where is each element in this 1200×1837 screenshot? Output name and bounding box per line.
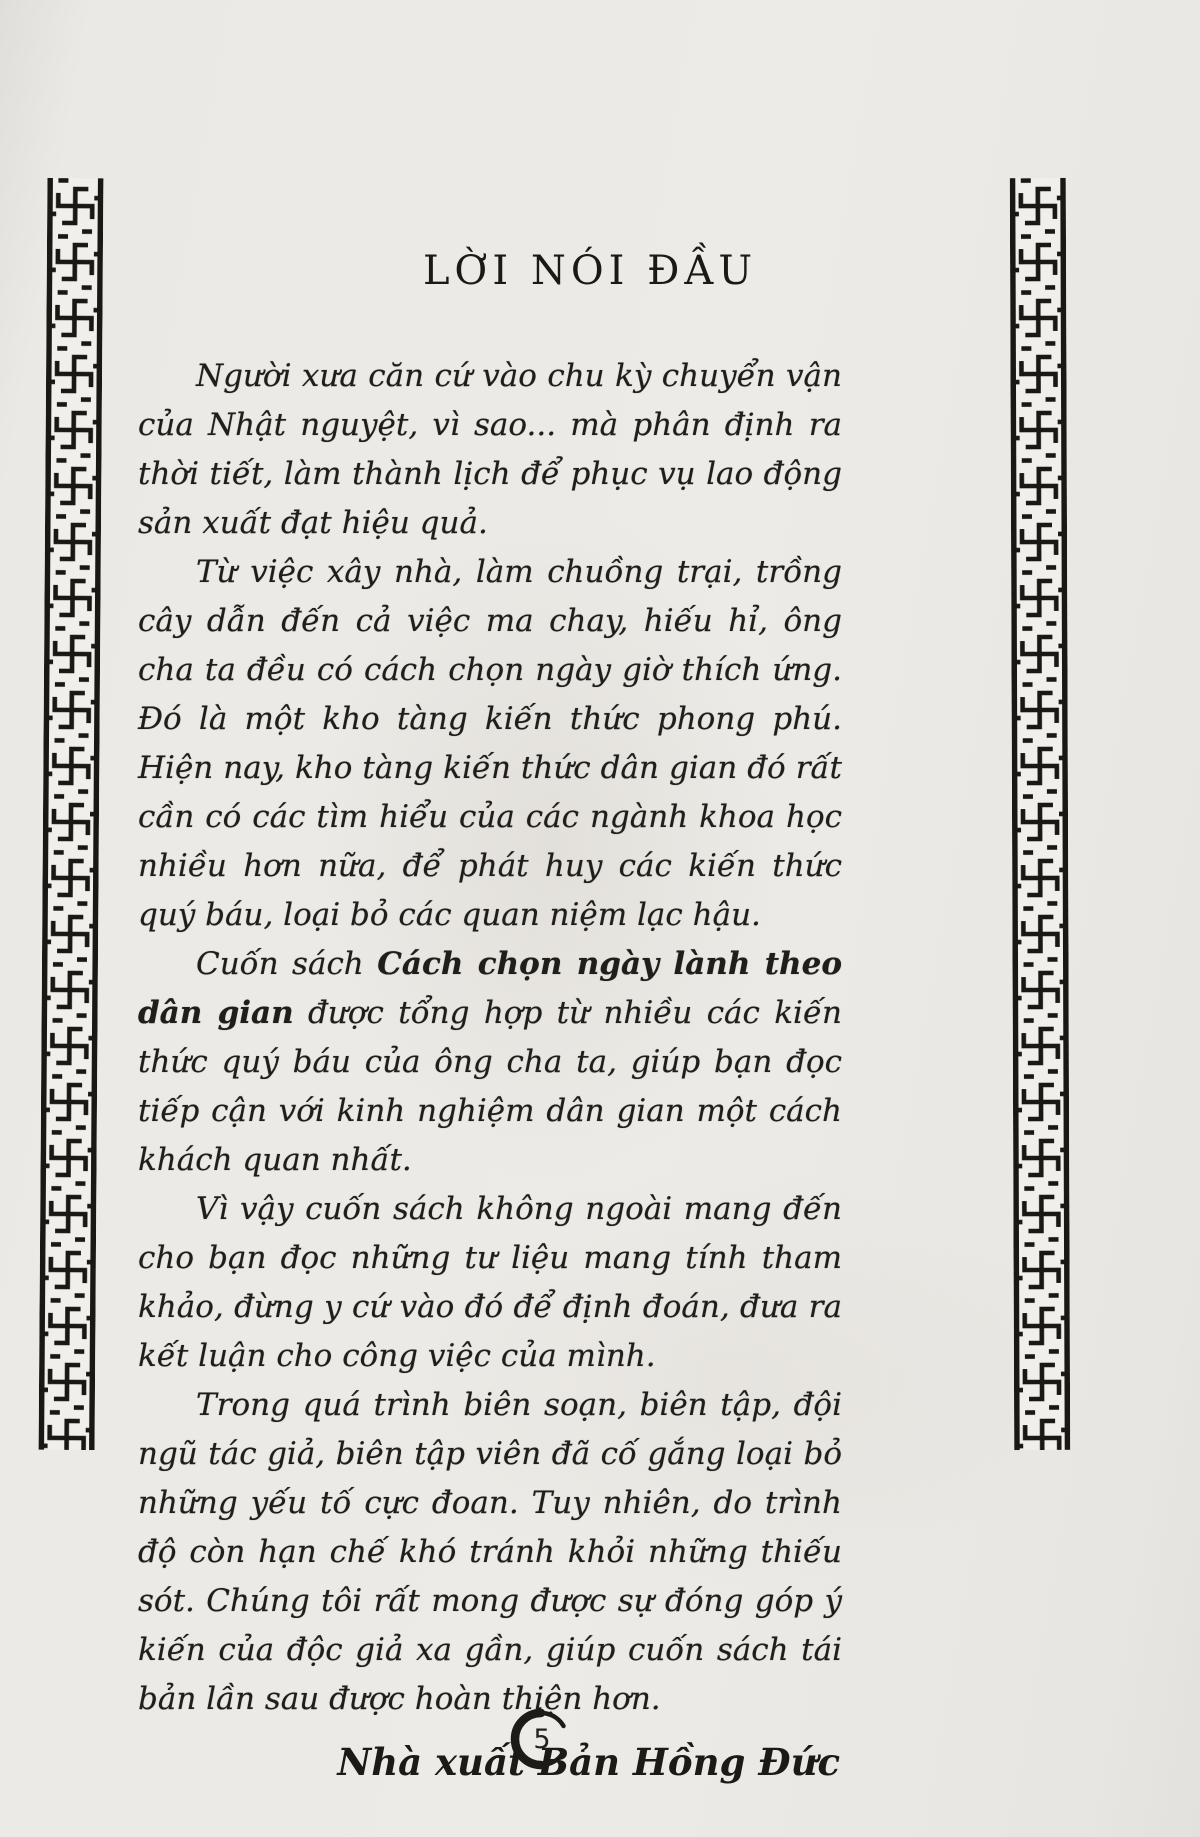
- publisher-signature: Nhà xuất Bản Hồng Đức: [138, 1740, 842, 1784]
- foreword-paragraphs: Người xưa căn cứ vào chu kỳ chuyển vận c…: [138, 352, 842, 1724]
- paragraph: Trong quá trình biên soạn, biên tập, đội…: [138, 1381, 842, 1724]
- greek-fret-pattern-icon: [1010, 178, 1070, 1450]
- page-number: 5: [504, 1702, 578, 1776]
- paragraph: Từ việc xây nhà, làm chuồng trại, trồng …: [138, 548, 842, 940]
- paragraph: Người xưa căn cứ vào chu kỳ chuyển vận c…: [138, 352, 842, 548]
- paragraph-text: Trong quá trình biên soạn, biên tập, đội…: [138, 1387, 842, 1717]
- page-number-badge: 5: [504, 1702, 578, 1776]
- paragraph: Vì vậy cuốn sách không ngoài mang đến ch…: [138, 1185, 842, 1381]
- paragraph-text: Cuốn sách: [196, 946, 377, 982]
- paragraph: Cuốn sách Cách chọn ngày lành theo dân g…: [138, 940, 842, 1185]
- paragraph-text: Người xưa căn cứ vào chu kỳ chuyển vận c…: [138, 358, 842, 541]
- greek-fret-pattern-icon: [39, 178, 104, 1450]
- page-title: LỜI NÓI ĐẦU: [238, 248, 942, 294]
- scanned-book-page: { "page": { "title": "LỜI NÓI ĐẦU", "par…: [0, 0, 1200, 1837]
- paragraph-text: Từ việc xây nhà, làm chuồng trại, trồng …: [138, 554, 842, 933]
- page-content: LỜI NÓI ĐẦU Người xưa căn cứ vào chu kỳ …: [138, 248, 842, 1784]
- left-fret-border-ornament: [39, 178, 104, 1450]
- right-fret-border-ornament: [1010, 178, 1070, 1450]
- paragraph-text: Vì vậy cuốn sách không ngoài mang đến ch…: [138, 1191, 842, 1374]
